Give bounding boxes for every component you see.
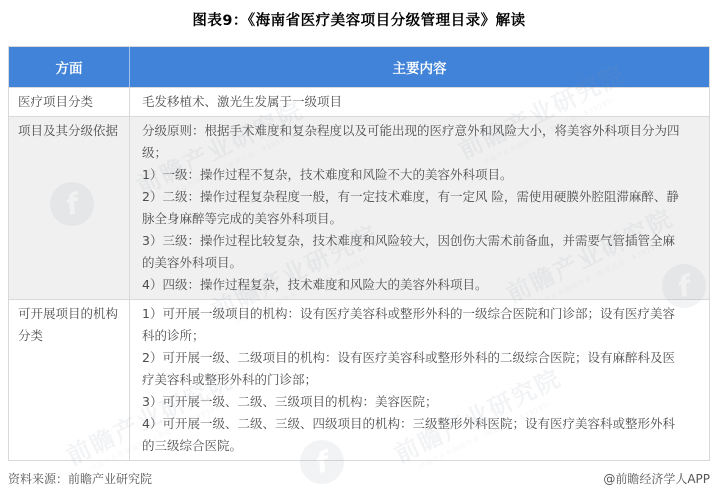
- content-line: 2）二级：操作过程复杂程度一般，有一定技术难度，有一定风 险，需使用硬膜外腔阻滞…: [142, 186, 699, 208]
- table-header-row: 方面 主要内容: [9, 47, 709, 87]
- content-line: 的美容外科项目。: [142, 252, 699, 274]
- content-cell: 毛发移植术、激光生发属于一级项目: [130, 88, 709, 116]
- page: 图表9：《海南省医疗美容项目分级管理目录》解读 方面 主要内容 医疗项目分类 毛…: [0, 0, 718, 500]
- content-line: 2）可开展一级、二级项目的机构：设有医疗美容科或整形外科的二级综合医院；设有麻醉…: [142, 347, 699, 369]
- grading-catalog-table: 方面 主要内容 医疗项目分类 毛发移植术、激光生发属于一级项目 项目及其分级依据…: [8, 46, 710, 461]
- content-line: 1）一级：操作过程不复杂，技术难度和风险不大的美容外科项目。: [142, 164, 699, 186]
- content-line: 分级原则：根据手术难度和复杂程度以及可能出现的医疗意外和风险大小，将美容外科项目…: [142, 120, 699, 142]
- content-line: 毛发移植术、激光生发属于一级项目: [142, 91, 699, 113]
- aspect-line: 医疗项目分类: [18, 91, 123, 113]
- table-row: 项目及其分级依据 分级原则：根据手术难度和复杂程度以及可能出现的医疗意外和风险大…: [9, 116, 709, 299]
- content-line: 4）四级：操作过程复杂，技术难度和风险大的美容外科项目。: [142, 274, 699, 296]
- aspect-line: 项目及其分级依据: [18, 120, 123, 142]
- content-line: 疗美容科或整形外科的门诊部；: [142, 369, 699, 391]
- app-credit: @前瞻经济学人APP: [603, 470, 710, 487]
- content-line: 1）可开展一级项目的机构：设有医疗美容科或整形外科的一级综合医院和门诊部；设有医…: [142, 303, 699, 325]
- aspect-cell: 医疗项目分类: [9, 88, 130, 116]
- table-body: 医疗项目分类 毛发移植术、激光生发属于一级项目 项目及其分级依据 分级原则：根据…: [9, 87, 709, 460]
- content-line: 的三级综合医院。: [142, 435, 699, 457]
- content-line: 4）可开展一级、二级、三级、四级项目的机构：三级整形外科医院；设有医疗美容科或整…: [142, 413, 699, 435]
- content-line: 科的诊所；: [142, 325, 699, 347]
- header-cell-aspect: 方面: [9, 47, 130, 87]
- aspect-line: 可开展项目的机构: [18, 303, 123, 325]
- table-row: 可开展项目的机构分类 1）可开展一级项目的机构：设有医疗美容科或整形外科的一级综…: [9, 299, 709, 460]
- aspect-cell: 可开展项目的机构分类: [9, 300, 130, 460]
- aspect-line: 分类: [18, 325, 123, 347]
- content-line: 3）可开展一级、二级、三级项目的机构：美容医院；: [142, 391, 699, 413]
- content-line: 3）三级：操作过程比较复杂，技术难度和风险较大，因创伤大需术前备血，并需要气管插…: [142, 230, 699, 252]
- table-row: 医疗项目分类 毛发移植术、激光生发属于一级项目: [9, 87, 709, 116]
- chart-title: 图表9：《海南省医疗美容项目分级管理目录》解读: [0, 9, 718, 30]
- content-cell: 1）可开展一级项目的机构：设有医疗美容科或整形外科的一级综合医院和门诊部；设有医…: [130, 300, 709, 460]
- header-cell-content: 主要内容: [130, 47, 709, 87]
- content-line: 脉全身麻醉等完成的美容外科项目。: [142, 208, 699, 230]
- content-cell: 分级原则：根据手术难度和复杂程度以及可能出现的医疗意外和风险大小，将美容外科项目…: [130, 117, 709, 299]
- content-line: 级；: [142, 142, 699, 164]
- aspect-cell: 项目及其分级依据: [9, 117, 130, 299]
- source-note: 资料来源：前瞻产业研究院: [8, 470, 152, 487]
